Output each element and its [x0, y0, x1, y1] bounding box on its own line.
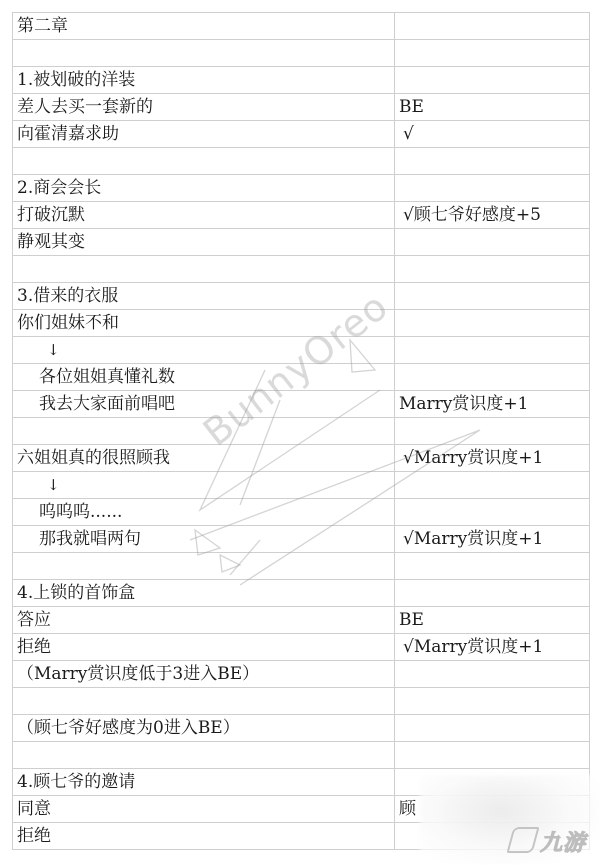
table-body: 第二章1.被划破的洋装差人去买一套新的BE向霍清嘉求助√2.商会会长打破沉默√顾… [13, 13, 590, 850]
empty-row [13, 553, 590, 580]
choice-result [395, 472, 590, 499]
table-row: 打破沉默√顾七爷好感度+5 [13, 202, 590, 229]
table-row: 向霍清嘉求助√ [13, 121, 590, 148]
choice-option: 六姐姐真的很照顾我 [13, 445, 395, 472]
table-row: 答应BE [13, 607, 590, 634]
choice-option [13, 40, 395, 67]
choice-result [395, 553, 590, 580]
section-title: 1.被划破的洋装 [13, 67, 395, 94]
empty-row [13, 40, 590, 67]
choice-result [395, 229, 590, 256]
section-header-row: 3.借来的衣服 [13, 283, 590, 310]
choice-option [13, 688, 395, 715]
table-row: ↓ [13, 337, 590, 364]
down-arrow-icon: ↓ [13, 337, 395, 364]
walkthrough-table: 第二章1.被划破的洋装差人去买一套新的BE向霍清嘉求助√2.商会会长打破沉默√顾… [12, 12, 590, 850]
empty-row [13, 148, 590, 175]
choice-result [395, 580, 590, 607]
table-row: ↓ [13, 472, 590, 499]
check-mark-icon: √ [395, 121, 590, 148]
choice-result [395, 364, 590, 391]
table-row: 六姐姐真的很照顾我√Marry赏识度+1 [13, 445, 590, 472]
table-row: 静观其变 [13, 229, 590, 256]
choice-result: Marry赏识度+1 [395, 391, 590, 418]
empty-row [13, 418, 590, 445]
choice-option: 打破沉默 [13, 202, 395, 229]
choice-result [395, 499, 590, 526]
section-header-row: 1.被划破的洋装 [13, 67, 590, 94]
choice-option: 各位姐姐真懂礼数 [13, 364, 395, 391]
choice-result [395, 310, 590, 337]
choice-result: √Marry赏识度+1 [395, 526, 590, 553]
choice-result [395, 715, 590, 742]
choice-option: （Marry赏识度低于3进入BE） [13, 661, 395, 688]
section-title: 3.借来的衣服 [13, 283, 395, 310]
section-title: 4.顾七爷的邀请 [13, 769, 395, 796]
choice-result [395, 688, 590, 715]
choice-result [395, 148, 590, 175]
table-row: 第二章 [13, 13, 590, 40]
table-row: 各位姐姐真懂礼数 [13, 364, 590, 391]
choice-option [13, 256, 395, 283]
choice-result [395, 256, 590, 283]
table-row: 我去大家面前唱吧Marry赏识度+1 [13, 391, 590, 418]
section-header-row: 4.上锁的首饰盒 [13, 580, 590, 607]
jiuyou-logo-icon [507, 827, 540, 853]
table-row: 拒绝√Marry赏识度+1 [13, 634, 590, 661]
choice-option: 拒绝 [13, 634, 395, 661]
choice-option [13, 418, 395, 445]
choice-result: √Marry赏识度+1 [395, 445, 590, 472]
choice-result [395, 337, 590, 364]
choice-option: 那我就唱两句 [13, 526, 395, 553]
empty-row [13, 688, 590, 715]
section-title: 2.商会会长 [13, 175, 395, 202]
choice-option [13, 742, 395, 769]
table-row: 你们姐妹不和 [13, 310, 590, 337]
choice-option: 同意 [13, 796, 395, 823]
choice-option [13, 553, 395, 580]
choice-result [395, 40, 590, 67]
empty-row [13, 256, 590, 283]
choice-result [395, 13, 590, 40]
choice-result [395, 67, 590, 94]
empty-row [13, 742, 590, 769]
choice-result [395, 742, 590, 769]
section-header-row: 2.商会会长 [13, 175, 590, 202]
choice-result [395, 175, 590, 202]
choice-option: 静观其变 [13, 229, 395, 256]
table-row: （Marry赏识度低于3进入BE） [13, 661, 590, 688]
choice-result: BE [395, 607, 590, 634]
section-title: 4.上锁的首饰盒 [13, 580, 395, 607]
choice-result: BE [395, 94, 590, 121]
table-row: 那我就唱两句√Marry赏识度+1 [13, 526, 590, 553]
choice-option: 我去大家面前唱吧 [13, 391, 395, 418]
choice-result: √顾七爷好感度+5 [395, 202, 590, 229]
choice-option: 向霍清嘉求助 [13, 121, 395, 148]
choice-option: 呜呜呜...... [13, 499, 395, 526]
choice-option: 你们姐妹不和 [13, 310, 395, 337]
jiuyou-logo-text: 九游 [540, 831, 586, 856]
table-row: 呜呜呜...... [13, 499, 590, 526]
choice-option: 拒绝 [13, 823, 395, 850]
choice-option [13, 148, 395, 175]
table-row: （顾七爷好感度为0进入BE） [13, 715, 590, 742]
choice-option: （顾七爷好感度为0进入BE） [13, 715, 395, 742]
choice-option: 答应 [13, 607, 395, 634]
down-arrow-icon: ↓ [13, 472, 395, 499]
jiuyou-logo: 九游 [510, 826, 586, 857]
choice-result [395, 661, 590, 688]
choice-result [395, 418, 590, 445]
choice-result [395, 283, 590, 310]
choice-result: √Marry赏识度+1 [395, 634, 590, 661]
choice-option: 第二章 [13, 13, 395, 40]
table-row: 差人去买一套新的BE [13, 94, 590, 121]
choice-option: 差人去买一套新的 [13, 94, 395, 121]
